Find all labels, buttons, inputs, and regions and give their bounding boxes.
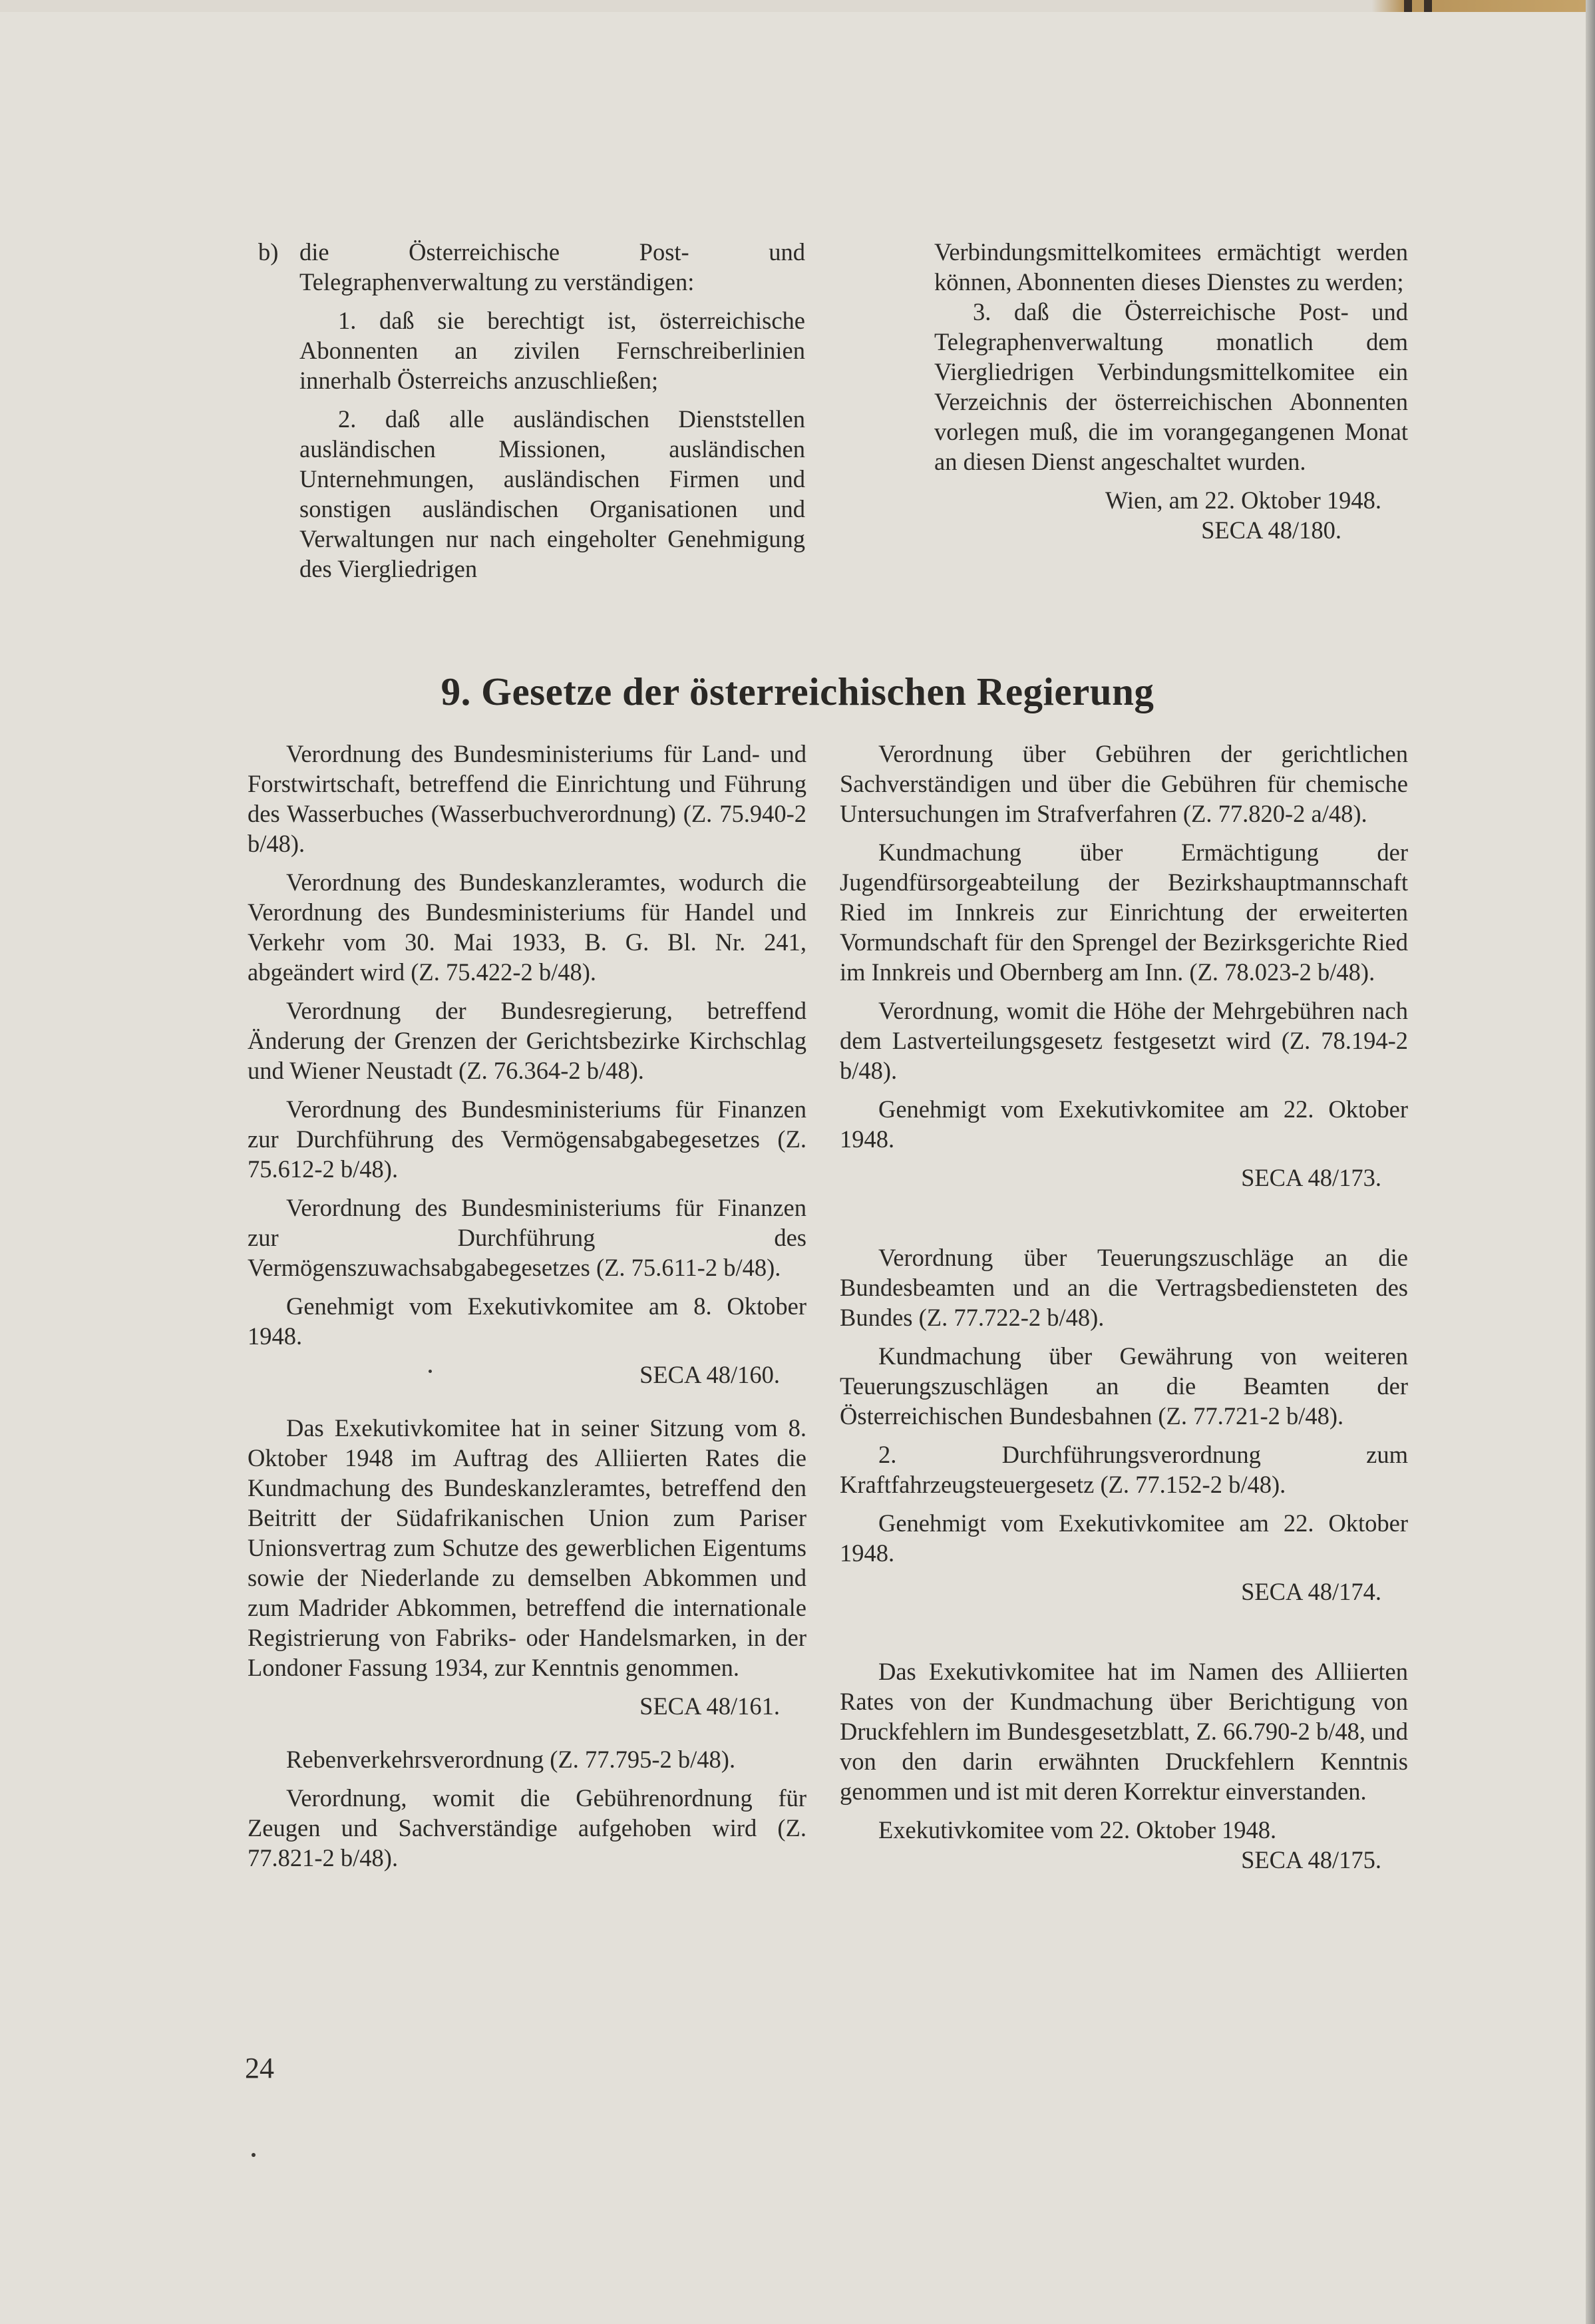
reference-seca-173: SECA 48/173. <box>840 1163 1408 1193</box>
top-left-column: b) die Österreichische Post- und Telegra… <box>258 237 805 584</box>
continuation-text: Verbindungsmittelkomitees ermächtigt wer… <box>934 237 1408 297</box>
entry: 2. Durchführungsverordnung zum Kraftfahr… <box>840 1440 1408 1499</box>
entry: Kundmachung über Ermächtigung der Jugend… <box>840 837 1408 987</box>
entry: Rebenverkehrsverordnung (Z. 77.795-2 b/4… <box>248 1744 806 1774</box>
item-b: b) die Österreichische Post- und Telegra… <box>258 237 805 584</box>
entry: Verordnung, womit die Gebührenordnung fü… <box>248 1783 806 1873</box>
approval-text: Genehmigt vom Exekutivkomitee am 22. Okt… <box>840 1094 1408 1154</box>
binding-mark <box>1424 0 1432 12</box>
place-date: Wien, am 22. Oktober 1948. <box>934 485 1408 515</box>
notice-text: Das Exekutivkomitee hat im Namen des All… <box>840 1656 1408 1806</box>
entry: Verordnung des Bundesministeriums für La… <box>248 739 806 859</box>
left-column: Verordnung des Bundesministeriums für La… <box>248 739 806 1873</box>
page-right-edge <box>1586 0 1595 2324</box>
section-heading: 9. Gesetze der österreichischen Regierun… <box>0 669 1595 715</box>
item-b-text: die Österreichische Post- und Telegraphe… <box>299 237 805 297</box>
reference-seca-160: SECA 48/160. <box>248 1360 806 1390</box>
point-1: 1. daß sie berechtigt ist, österreichisc… <box>299 305 805 395</box>
notice-text: Das Exekutivkomitee hat in seiner Sitzun… <box>248 1413 806 1682</box>
page-number: 24 <box>245 2051 274 2085</box>
entry: Verordnung der Bundesregierung, betreffe… <box>248 996 806 1085</box>
point-2: 2. daß alle ausländischen Dienststellen … <box>299 404 805 584</box>
reference-seca-161: SECA 48/161. <box>248 1691 806 1721</box>
binding-mark <box>1404 0 1412 12</box>
reference-seca-175: SECA 48/175. <box>840 1845 1408 1875</box>
closing-text: Exekutivkomitee vom 22. Oktober 1948. <box>840 1815 1408 1845</box>
entry: Verordnung über Gebühren der gerichtlich… <box>840 739 1408 829</box>
entry: Kundmachung über Gewährung von weiteren … <box>840 1341 1408 1431</box>
reference-seca-174: SECA 48/174. <box>840 1577 1408 1607</box>
item-b-label: b) <box>258 237 278 267</box>
entry: Verordnung über Teuerungszuschläge an di… <box>840 1243 1408 1332</box>
approval-text: Genehmigt vom Exekutivkomitee am 22. Okt… <box>840 1508 1408 1568</box>
reference-seca-180: SECA 48/180. <box>934 515 1408 545</box>
point-3: 3. daß die Österreichische Post- und Tel… <box>934 297 1408 477</box>
entry: Verordnung des Bundeskanzleramtes, wodur… <box>248 867 806 987</box>
print-speck <box>429 1370 432 1373</box>
entry: Verordnung, womit die Höhe der Mehrgebüh… <box>840 996 1408 1085</box>
top-right-column: Verbindungsmittelkomitees ermächtigt wer… <box>934 237 1408 545</box>
entry: Verordnung des Bundesministeriums für Fi… <box>248 1094 806 1184</box>
right-column: Verordnung über Gebühren der gerichtlich… <box>840 739 1408 1875</box>
approval-text: Genehmigt vom Exekutivkomitee am 8. Okto… <box>248 1291 806 1351</box>
entry: Verordnung des Bundesministeriums für Fi… <box>248 1193 806 1282</box>
print-speck <box>252 2153 256 2157</box>
page-top-edge <box>0 0 1595 12</box>
